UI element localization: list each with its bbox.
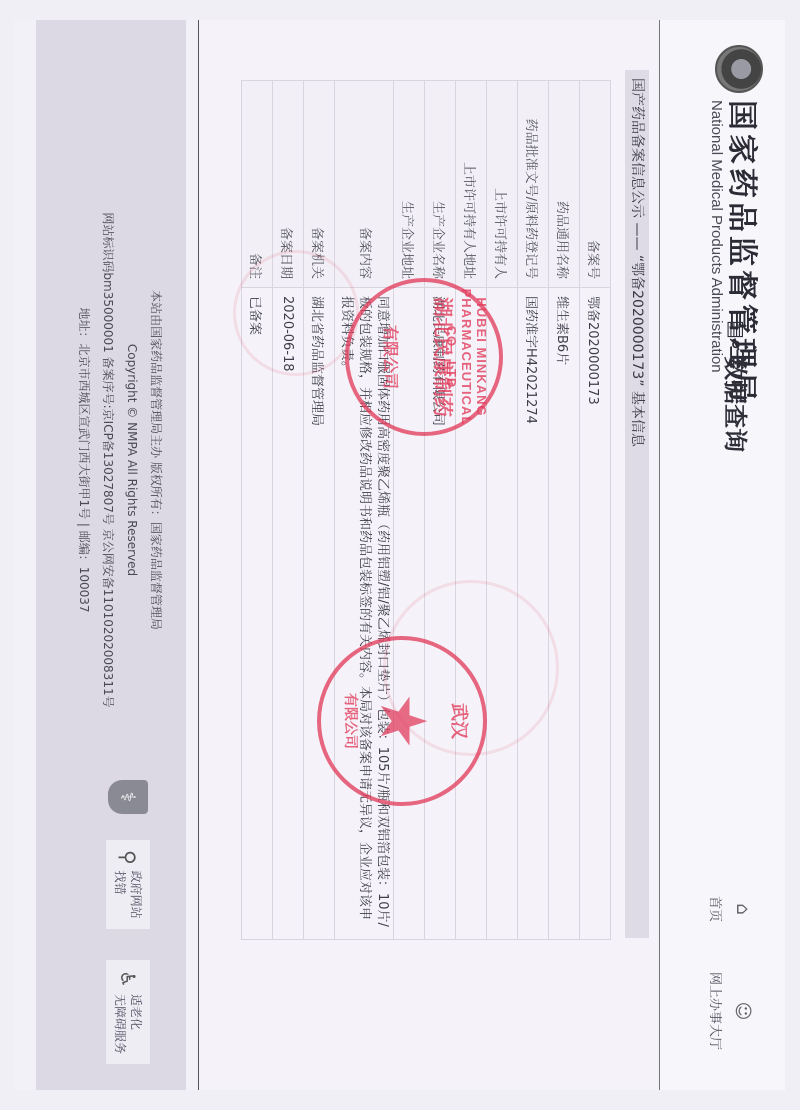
nav-online-service-hall[interactable]: ☺ 网上办事大厅: [707, 972, 753, 1050]
record-content: 国产药品备案信息公示 —— “鄂备2020000173” 基本信息 备案号鄂备2…: [199, 20, 659, 1090]
row-value: 维生素B6片: [549, 288, 580, 940]
data-query-link[interactable]: ▤⌕ 数据查询: [720, 320, 755, 452]
home-icon: ⌂: [732, 903, 753, 914]
data-search-icon: ▤⌕: [726, 320, 750, 350]
table-row: 药品批准文号/原料药登记号国药准字H42021274: [518, 81, 549, 940]
row-label: 药品批准文号/原料药登记号: [518, 81, 549, 288]
company-seal-text-cn2: 有限公司: [380, 282, 403, 432]
company-seal: HUBEI MINKANG PHARMACEUTICAL CO., LTD 湖北…: [345, 278, 503, 436]
gov-site-error-badge[interactable]: ⚲ 政府网站 找错: [106, 840, 150, 929]
row-value: 2020-06-18: [273, 288, 304, 940]
accessibility-icon: ♿: [116, 970, 140, 988]
footer-sponsor: 本站由国家药品监督管理局主办 版权所有：国家药品监督管理局: [144, 160, 168, 760]
star-icon: ★: [365, 640, 439, 802]
national-emblem-icon: [715, 45, 763, 93]
row-label: 生产企业地址: [394, 81, 425, 288]
access-badge-line1: 适老化: [128, 994, 144, 1054]
table-row: 备案机关湖北省药品监督管理局: [304, 81, 335, 940]
row-label: 上市许可持有人地址: [456, 81, 487, 288]
row-label: 备案内容: [335, 81, 394, 288]
table-row: 上市许可持有人地址: [456, 81, 487, 940]
access-badge-line2: 无障碍服务: [112, 994, 128, 1054]
row-label: 备案号: [580, 81, 611, 288]
site-header: 国家药品监督管理局 National Medical Products Admi…: [659, 20, 785, 1090]
table-row: 生产企业地址: [394, 81, 425, 940]
table-row: 生产企业名称湖北民康制药有限公司: [425, 81, 456, 940]
document-page: 国家药品监督管理局 National Medical Products Admi…: [15, 20, 785, 1090]
footer-address: 地址：北京市西城区宣武门西大街甲1号 | 邮编：100037: [72, 160, 96, 760]
row-label: 生产企业名称: [425, 81, 456, 288]
table-row: 备案内容同意增加口服固体药用高密度聚乙烯瓶（药用铝塑/铝/聚乙烯封口垫片）包装：…: [335, 81, 394, 940]
red-seal: 武汉 ★ 有限公司: [317, 636, 487, 806]
footer-copyright: Copyright © NMPA All Rights Reserved: [120, 160, 144, 760]
seal-top-text: 武汉: [447, 640, 473, 802]
row-label: 药品通用名称: [549, 81, 580, 288]
user-service-icon: ☺: [732, 1002, 753, 1021]
shield-icon: ⚕: [116, 792, 140, 803]
record-title: 国产药品备案信息公示 —— “鄂备2020000173” 基本信息: [625, 70, 649, 938]
table-row: 备案日期2020-06-18: [273, 81, 304, 940]
table-row: 上市许可持有人: [487, 81, 518, 940]
company-seal-text-cn: 湖北民康制药: [430, 282, 459, 432]
footer-icp[interactable]: 网站标识码bm35000001 备案序号:京ICP备13027807号 京公网安…: [96, 160, 120, 760]
row-value: 鄂备2020000173: [580, 288, 611, 940]
nav-home-label: 首页: [707, 896, 726, 922]
data-query-label: 数据查询: [720, 356, 755, 452]
accessibility-badge[interactable]: ♿ 适老化 无障碍服务: [106, 960, 150, 1064]
row-value: 已备案: [242, 288, 273, 940]
police-badge[interactable]: ⚕: [108, 780, 148, 814]
record-info-table: 备案号鄂备2020000173药品通用名称维生素B6片药品批准文号/原料药登记号…: [241, 80, 611, 940]
gov-badge-line1: 政府网站: [128, 871, 144, 919]
nav-home[interactable]: ⌂ 首页: [707, 896, 753, 922]
row-value: 湖北省药品监督管理局: [304, 288, 335, 940]
table-row: 药品通用名称维生素B6片: [549, 81, 580, 940]
row-label: 上市许可持有人: [487, 81, 518, 288]
gov-badge-line2: 找错: [112, 871, 128, 919]
table-row: 备案号鄂备2020000173: [580, 81, 611, 940]
nav-online-service-label: 网上办事大厅: [707, 972, 726, 1050]
magnifier-icon: ⚲: [116, 850, 140, 865]
footer-text: 本站由国家药品监督管理局主办 版权所有：国家药品监督管理局 Copyright …: [72, 160, 168, 760]
header-nav: ⌂ 首页 ☺ 网上办事大厅: [707, 896, 753, 1050]
table-row: 备注已备案: [242, 81, 273, 940]
seal-bottom-text: 有限公司: [341, 640, 361, 802]
site-footer: 本站由国家药品监督管理局主办 版权所有：国家药品监督管理局 Copyright …: [14, 20, 199, 1090]
faint-stamp-bleed: [233, 250, 359, 376]
